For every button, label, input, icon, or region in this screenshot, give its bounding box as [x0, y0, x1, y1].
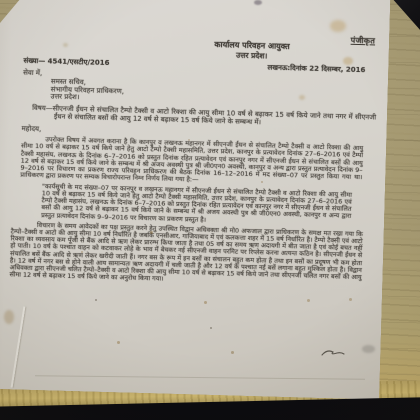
- reference-number: संख्या— 4541/एसटीए/2016: [23, 57, 109, 68]
- letter-sheet: पंजीकृत कार्यालय परिवहन आयुक्त उत्तर प्र…: [0, 0, 391, 400]
- handwritten-mark-icon: [320, 344, 346, 363]
- body-paragraph-1: उपरोक्त विषय में अवगत कराना है कि कानपुर…: [20, 136, 363, 189]
- letter-body: संख्या— 4541/एसटीए/2016 लखनऊ:दिनांक 22 द…: [17, 57, 365, 289]
- office-letterhead: कार्यालय परिवहन आयुक्त उत्तर प्रदेश।: [142, 38, 362, 63]
- photo-of-letter: पंजीकृत कार्यालय परिवहन आयुक्त उत्तर प्र…: [0, 0, 420, 420]
- place-and-date: लखनऊ:दिनांक 22 दिसम्बर, 2016: [267, 63, 365, 75]
- quoted-decision-paragraph: "कार्यसूची के मद संख्या–07 पर कानपुर व ल…: [41, 183, 352, 228]
- body-paragraph-3: विचारण के समय आवेदकों का पक्ष प्रस्तुत क…: [9, 221, 362, 288]
